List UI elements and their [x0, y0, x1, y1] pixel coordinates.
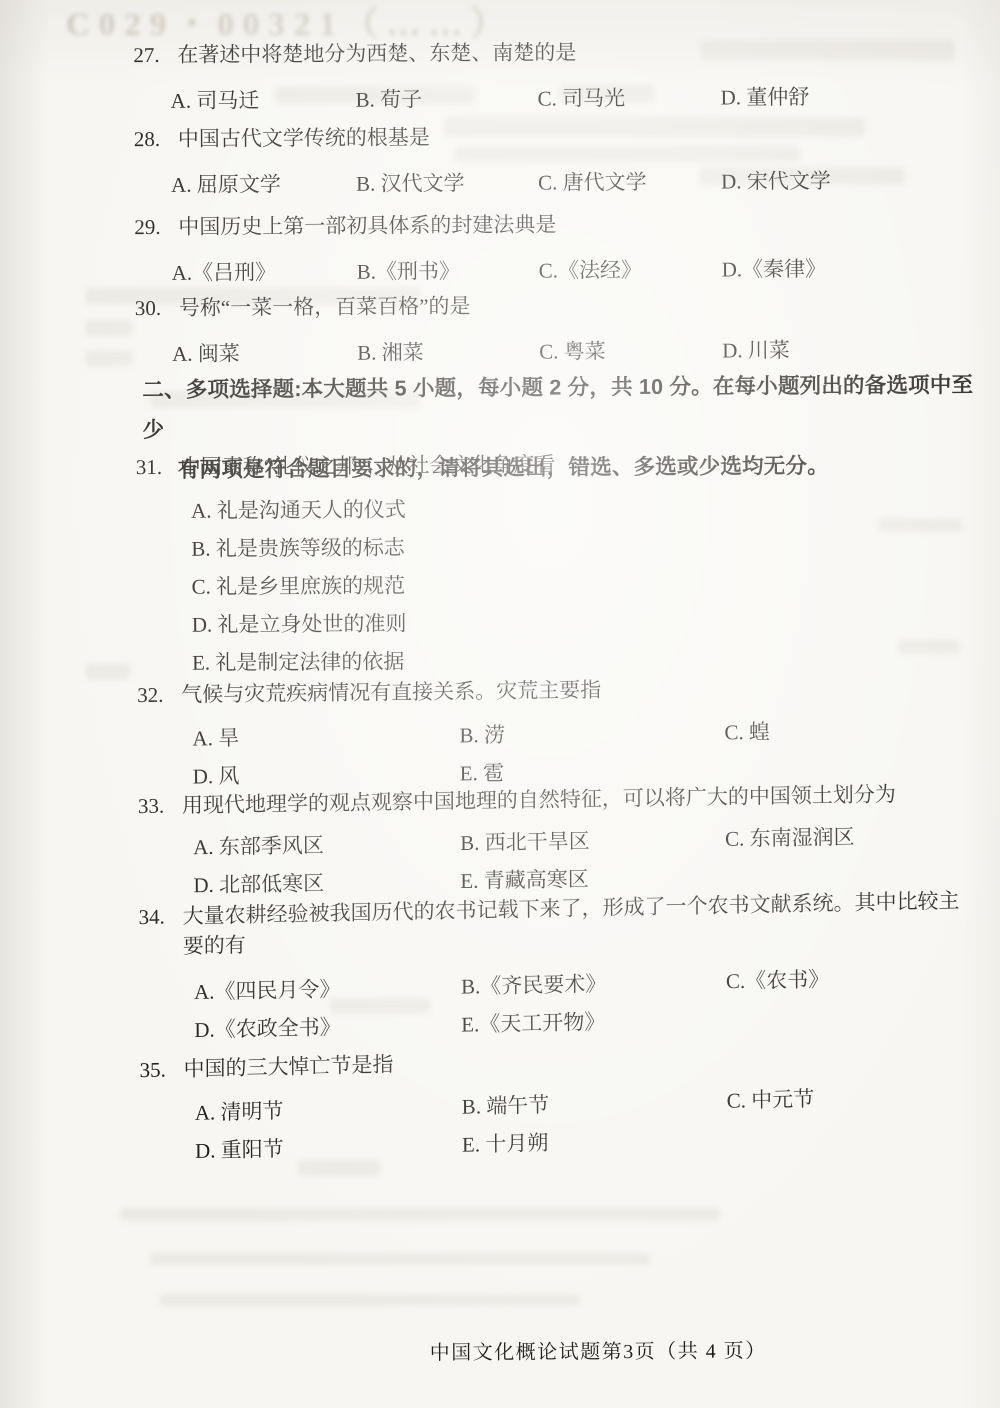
question-28: 28. 中国古代文学传统的根基是 A. 屈原文学 B. 汉代文学 C. 唐代文学…	[134, 119, 966, 200]
question-stem-row: 28. 中国古代文学传统的根基是	[134, 119, 966, 154]
option-c: C. 礼是乡里庶族的规范	[191, 567, 968, 602]
option-c: C.《法经》	[539, 255, 722, 286]
option-b: B. 涝	[459, 717, 724, 750]
question-stem-row: 29. 中国历史上第一部初具体系的封建法典是	[134, 207, 966, 242]
question-number: 29.	[134, 212, 178, 242]
question-29: 29. 中国历史上第一部初具体系的封建法典是 A.《吕刑》 B.《刑书》 C.《…	[134, 207, 966, 288]
page-content: 27. 在著述中将楚地分为西楚、东楚、南楚的是 A. 司马迁 B. 荀子 C. …	[0, 0, 1000, 1408]
option-c: C. 中元节	[727, 1080, 972, 1116]
options-row: A.《吕刑》 B.《刑书》 C.《法经》 D.《秦律》	[172, 253, 967, 288]
option-b: B. 荀子	[356, 84, 538, 115]
option-a: A. 闽菜	[172, 338, 357, 369]
option-c: C. 唐代文学	[538, 167, 721, 198]
section-heading-line-1: 二、多项选择题:本大题共 5 小题，每小题 2 分，共 10 分。在每小题列出的…	[142, 365, 974, 450]
options-row: A. 司马迁 B. 荀子 C. 司马光 D. 董仲舒	[171, 81, 966, 116]
question-number: 28.	[134, 124, 178, 154]
option-c: C. 东南湿润区	[725, 820, 970, 854]
question-33: 33. 用现代地理学的观点观察中国地理的自然特征，可以将广大的中国领土划分为 A…	[138, 778, 971, 901]
question-stem: 中国的三大悼亡节是指	[183, 1049, 393, 1084]
question-number: 34.	[139, 901, 183, 962]
question-stem: 中国素称“礼仪之邦”，从社会文化角度看	[180, 450, 556, 482]
option-d: D. 礼是立身处世的准则	[192, 605, 969, 640]
page-footer: 中国文化概论试题第3页（共 4 页）	[8, 1333, 1000, 1368]
option-a: A. 礼是沟通天人的仪式	[191, 491, 968, 526]
option-b: B. 湘菜	[357, 337, 539, 368]
question-number: 35.	[139, 1054, 183, 1085]
question-number: 30.	[135, 293, 179, 323]
question-stem: 号称“一菜一格，百菜百格”的是	[179, 291, 471, 323]
option-c: C.《农书》	[726, 961, 971, 996]
option-c: C. 司马光	[538, 83, 721, 114]
question-number: 33.	[138, 790, 182, 821]
option-a: A.《四民月令》	[194, 972, 461, 1007]
question-stem-row: 27. 在著述中将楚地分为西楚、东楚、南楚的是	[133, 35, 965, 70]
question-32: 32. 气候与灾荒疾病情况有直接关系。灾荒主要指 A. 旱 B. 涝 C. 蝗 …	[137, 671, 970, 792]
option-a: A.《吕刑》	[172, 257, 357, 288]
question-number: 32.	[137, 680, 181, 710]
option-d: D. 川菜	[722, 334, 967, 365]
options-row: A. 屈原文学 B. 汉代文学 C. 唐代文学 D. 宋代文学	[171, 165, 966, 200]
option-b: B.《齐民要术》	[461, 966, 726, 1001]
option-b: B. 礼是贵族等级的标志	[191, 529, 968, 564]
option-b: B. 汉代文学	[356, 168, 538, 199]
option-d: D.《农政全书》	[194, 1010, 461, 1045]
question-30: 30. 号称“一菜一格，百菜百格”的是 A. 闽菜 B. 湘菜 C. 粤菜 D.…	[135, 288, 967, 369]
option-b: B. 端午节	[462, 1086, 727, 1122]
question-stem-row: 31. 中国素称“礼仪之邦”，从社会文化角度看	[136, 447, 968, 482]
option-e: E. 十月朔	[462, 1124, 727, 1160]
option-a: A. 屈原文学	[171, 169, 356, 200]
question-34: 34. 大量农耕经验被我国历代的农书记载下来了，形成了一个农书文献系统。其中比较…	[139, 885, 972, 1046]
option-a: A. 东部季风区	[193, 828, 460, 862]
option-a: A. 旱	[192, 720, 459, 753]
question-number: 31.	[136, 452, 180, 482]
question-27: 27. 在著述中将楚地分为西楚、东楚、南楚的是 A. 司马迁 B. 荀子 C. …	[133, 35, 965, 116]
option-d: D.《秦律》	[722, 253, 967, 284]
question-stem: 中国古代文学传统的根基是	[178, 122, 430, 154]
question-stem: 在著述中将楚地分为西楚、东楚、南楚的是	[177, 37, 576, 69]
options-grid: A.《四民月令》 B.《齐民要术》 C.《农书》 D.《农政全书》 E.《天工开…	[194, 961, 971, 1045]
option-b: B.《刑书》	[357, 256, 539, 287]
options-list: A. 礼是沟通天人的仪式 B. 礼是贵族等级的标志 C. 礼是乡里庶族的规范 D…	[191, 491, 969, 678]
question-number: 27.	[133, 40, 177, 70]
option-c: C. 粤菜	[539, 336, 722, 367]
option-d: D. 董仲舒	[721, 81, 966, 112]
question-stem-row: 30. 号称“一菜一格，百菜百格”的是	[135, 288, 967, 323]
question-stem: 气候与灾荒疾病情况有直接关系。灾荒主要指	[181, 675, 601, 710]
options-grid: A. 清明节 B. 端午节 C. 中元节 D. 重阳节 E. 十月朔	[195, 1080, 972, 1166]
exam-paper-page: C029・00321（……） 27. 在著述中将楚地分为西楚、东楚、南楚的是 A…	[0, 0, 1000, 1408]
option-a: A. 清明节	[195, 1092, 462, 1128]
option-d: D. 北部低寒区	[193, 866, 460, 900]
option-d: D. 宋代文学	[721, 165, 966, 196]
options-row: A. 闽菜 B. 湘菜 C. 粤菜 D. 川菜	[172, 334, 967, 369]
option-c: C. 蝗	[724, 715, 969, 748]
question-35: 35. 中国的三大悼亡节是指 A. 清明节 B. 端午节 C. 中元节 D. 重…	[139, 1036, 972, 1167]
option-b: B. 西北干旱区	[460, 824, 725, 858]
option-a: A. 司马迁	[171, 85, 356, 116]
option-d: D. 重阳节	[195, 1130, 462, 1166]
option-e: E.《天工开物》	[461, 1004, 726, 1039]
question-stem: 中国历史上第一部初具体系的封建法典是	[178, 210, 556, 242]
question-31: 31. 中国素称“礼仪之邦”，从社会文化角度看 A. 礼是沟通天人的仪式 B. …	[136, 447, 969, 686]
